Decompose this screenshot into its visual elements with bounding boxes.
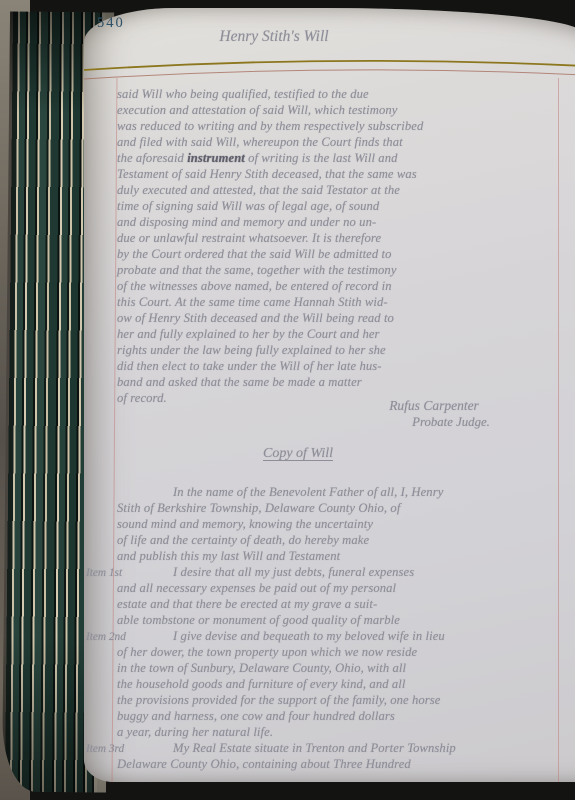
handwritten-line: rights under the law being fully explain… <box>117 342 571 358</box>
margin-item-label: Item 1st <box>86 565 150 581</box>
handwritten-line: Testament of said Henry Stith deceased, … <box>117 166 571 182</box>
handwritten-line: and disposing mind and memory and under … <box>117 214 571 230</box>
handwritten-line: her and fully explained to her by the Co… <box>117 326 571 342</box>
handwritten-line: ow of Henry Stith deceased and the Will … <box>117 310 571 326</box>
handwritten-line: duly executed and attested, that the sai… <box>117 182 571 198</box>
handwritten-line: Item 1stI desire that all my just debts,… <box>117 564 571 580</box>
judge-title: Probate Judge. <box>324 414 544 430</box>
handwritten-line: said Will who being qualified, testified… <box>117 86 571 102</box>
page-title: Henry Stith's Will <box>84 28 464 46</box>
will-text-paragraphs: In the name of the Benevolent Father of … <box>117 484 571 772</box>
ledger-page: 540 Henry Stith's Will said Will who bei… <box>84 8 575 782</box>
handwritten-line: was reduced to writing and by them respe… <box>117 118 571 134</box>
handwritten-line: execution and attestation of said Will, … <box>117 102 571 118</box>
handwritten-line: of the witnesses above named, be entered… <box>117 278 571 294</box>
overwritten-word: instrument <box>187 151 245 165</box>
handwritten-line: and filed with said Will, whereupon the … <box>117 134 571 150</box>
handwritten-line: and publish this my last Will and Testam… <box>117 548 571 564</box>
handwritten-line: Delaware County Ohio, containing about T… <box>117 756 571 772</box>
handwritten-line: Item 3rdMy Real Estate situate in Trento… <box>117 740 571 756</box>
header-rule-lines <box>84 48 575 88</box>
handwritten-line: time of signing said Will was of legal a… <box>117 198 571 214</box>
handwritten-line: the household goods and furniture of eve… <box>117 676 571 692</box>
judge-signature: Rufus Carpenter <box>324 398 544 414</box>
handwritten-line: of life and the certainty of death, do h… <box>117 532 571 548</box>
handwritten-line: in the town of Sunbury, Delaware County,… <box>117 660 571 676</box>
handwritten-line: the aforesaid instrument of writing is t… <box>117 150 571 166</box>
handwritten-line: a year, during her natural life. <box>117 724 571 740</box>
handwritten-line: the provisions provided for the support … <box>117 692 571 708</box>
handwritten-line: this Court. At the same time came Hannah… <box>117 294 571 310</box>
margin-item-label: Item 2nd <box>86 629 150 645</box>
photo-of-ledger-page: 540 Henry Stith's Will said Will who bei… <box>0 0 575 800</box>
handwritten-line: buggy and harness, one cow and four hund… <box>117 708 571 724</box>
handwritten-line: In the name of the Benevolent Father of … <box>117 484 571 500</box>
will-section-heading: Copy of Will <box>114 446 482 462</box>
handwritten-line: estate and that there be erected at my g… <box>117 596 571 612</box>
handwritten-line: due or unlawful restraint whatsoever. It… <box>117 230 571 246</box>
handwritten-line: did then elect to take under the Will of… <box>117 358 571 374</box>
handwritten-line: and all necessary expenses be paid out o… <box>117 580 571 596</box>
handwritten-line: band and asked that the same be made a m… <box>117 374 571 390</box>
handwritten-line: able tombstone or monument of good quali… <box>117 612 571 628</box>
court-record-paragraph: said Will who being qualified, testified… <box>117 86 571 406</box>
handwritten-line: of her dower, the town property upon whi… <box>117 644 571 660</box>
handwritten-line: Item 2ndI give devise and bequeath to my… <box>117 628 571 644</box>
handwritten-line: by the Court ordered that the said Will … <box>117 246 571 262</box>
handwritten-line: probate and that the same, together with… <box>117 262 571 278</box>
handwritten-line: sound mind and memory, knowing the uncer… <box>117 516 571 532</box>
handwritten-line: Stith of Berkshire Township, Delaware Co… <box>117 500 571 516</box>
margin-item-label: Item 3rd <box>86 741 150 757</box>
signature-block: Rufus Carpenter Probate Judge. <box>324 398 544 430</box>
